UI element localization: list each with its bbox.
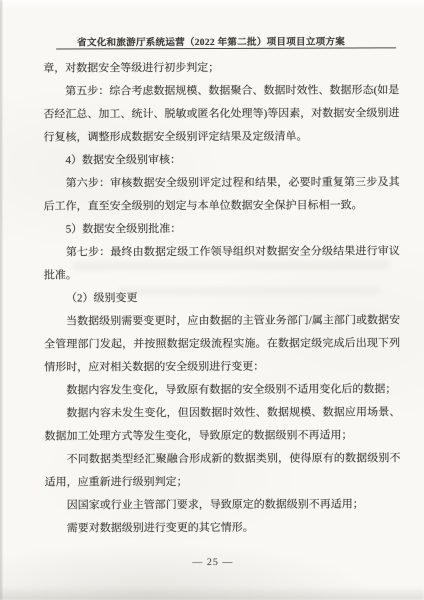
page-footer: — 25 — xyxy=(1,556,424,568)
page-number: — 25 — xyxy=(192,557,233,568)
paragraph-item4: 4）数据安全级别审核： xyxy=(43,148,399,172)
paragraph-continuation: 章，对数据安全等级进行初步判定； xyxy=(43,56,399,80)
paragraph-change-case3: 不同数据类型经汇聚融合形成新的数据类别，使得原有的数据级别不适用，应重新进行级别… xyxy=(45,447,401,494)
paragraph-change-case2: 数据内容未发生变化，但因数据时效性、数据规模、数据应用场景、数据加工处理方式等发… xyxy=(44,401,400,448)
paragraph-change-case5: 需要对数据级别进行变更的其它情形。 xyxy=(45,516,401,540)
paragraph-item5: 5）数据安全级别批准： xyxy=(44,217,400,241)
document-body: 章，对数据安全等级进行初步判定； 第五步：综合考虑数据规模、数据聚合、数据时效性… xyxy=(43,56,401,540)
paragraph-step7: 第七步：最终由数据定级工作领导组织对数据安全分级结果进行审议批准。 xyxy=(44,240,400,287)
paragraph-step5: 第五步：综合考虑数据规模、数据聚合、数据时效性、数据形态(如是否经汇总、加工、统… xyxy=(43,79,399,149)
header-rule xyxy=(56,47,396,49)
paragraph-change-case1: 数据内容发生变化，导致原有数据的安全级别不适用变化后的数据； xyxy=(44,378,400,402)
paragraph-section2-heading: （2）级别变更 xyxy=(44,286,400,310)
paragraph-change-case4: 因国家或行业主管部门要求，导致原定的数据级别不再适用； xyxy=(45,493,401,517)
page-header: 省文化和旅游厅系统运营（2022 年第二批）项目项目立项方案 xyxy=(0,0,423,1)
document-content: 省文化和旅游厅系统运营（2022 年第二批）项目项目立项方案 章，对数据安全等级… xyxy=(0,0,424,600)
header-title: 省文化和旅游厅系统运营（2022 年第二批）项目项目立项方案 xyxy=(0,33,423,48)
paragraph-step6: 第六步：审核数据安全级别评定过程和结果，必要时重复第三步及其后工作，直至安全级别… xyxy=(44,171,400,218)
scanned-document-page: 省文化和旅游厅系统运营（2022 年第二批）项目项目立项方案 章，对数据安全等级… xyxy=(0,0,424,600)
paragraph-change-intro: 当数据级别需要变更时，应由数据的主管业务部门/属主部门或数据安全管理部门发起，并… xyxy=(44,309,400,379)
